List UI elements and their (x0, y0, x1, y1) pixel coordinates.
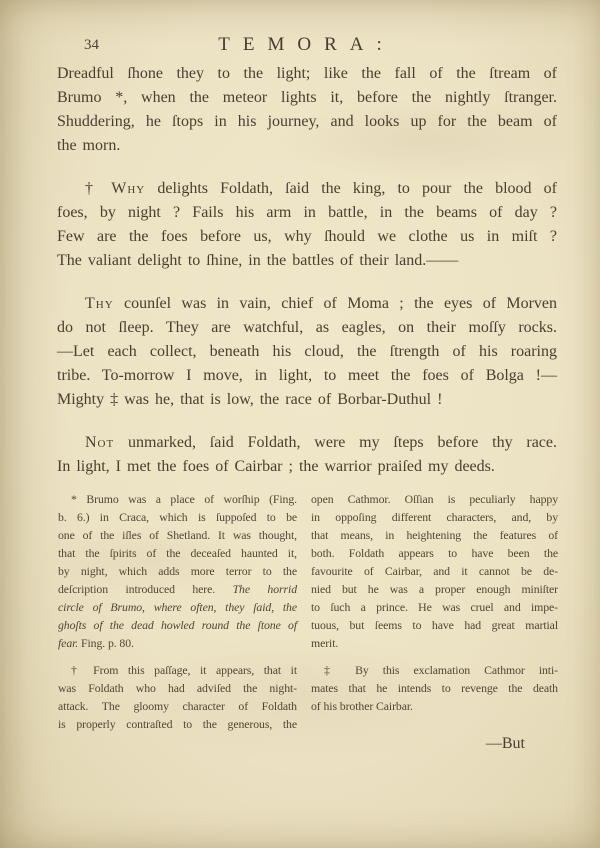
text-line: Dreadful ſhone they to the light; like t… (57, 62, 557, 86)
text-line: favourite of Cairbar, and it cannot be d… (311, 562, 558, 580)
paragraph-4: Not unmarked, ſaid Foldath, were my ſtep… (57, 431, 557, 479)
text-line: * Brumo was a place of worſhip (Fing. (58, 490, 297, 508)
book-page: 34 TEMORA: Dreadful ſhone they to the li… (0, 0, 600, 848)
footnote-dagger-continued: open Cathmor. Oſſian is peculiarly happy… (311, 490, 558, 652)
footnote-star: * Brumo was a place of worſhip (Fing.b. … (58, 490, 297, 652)
text-line: deſcription introduced here. The horrid (58, 580, 297, 598)
text-line: In light, I met the foes of Cairbar ; th… (57, 455, 557, 479)
text-line: tribe. To-morrow I move, in light, to me… (57, 364, 557, 388)
text-line: Not unmarked, ſaid Foldath, were my ſtep… (57, 431, 557, 455)
footnote-column-right: open Cathmor. Oſſian is peculiarly happy… (311, 490, 558, 742)
text-line: circle of Brumo, where often, they ſaid,… (58, 598, 297, 616)
text-line: that means, in heightening the features … (311, 526, 558, 544)
text-line: of his brother Cairbar. (311, 697, 558, 715)
paragraph-3: Thy counſel was in vain, chief of Moma ;… (57, 292, 557, 412)
text-line: by night, which adds more terror to the (58, 562, 297, 580)
text-line: nied but he was a proper enough miniſter (311, 580, 558, 598)
text-line: foes, by night ? Fails his arm in battle… (57, 201, 557, 225)
catchword: —But (486, 735, 525, 753)
footnote-double-dagger: ‡ By this exclamation Cathmor inti-mates… (311, 661, 558, 715)
footnote-column-left: * Brumo was a place of worſhip (Fing.b. … (58, 490, 297, 742)
text-line: † Why delights Foldath, ſaid the king, t… (57, 177, 557, 201)
text-line: both. Foldath appears to have been the (311, 544, 558, 562)
text-line: open Cathmor. Oſſian is peculiarly happy (311, 490, 558, 508)
footnotes: * Brumo was a place of worſhip (Fing.b. … (58, 490, 558, 742)
text-line: attack. The gloomy character of Foldath (58, 697, 297, 715)
paragraph-2: † Why delights Foldath, ſaid the king, t… (57, 177, 557, 273)
text-line: Mighty ‡ was he, that is low, the race o… (57, 388, 557, 412)
text-line: Few are the foes before us, why ſhould w… (57, 225, 557, 249)
text-line: that the ſpirits of the deceaſed haunted… (58, 544, 297, 562)
text-line: mates that he intends to revenge the dea… (311, 679, 558, 697)
text-line: merit. (311, 634, 558, 652)
text-line: —Let each collect, beneath his cloud, th… (57, 340, 557, 364)
text-line: Shuddering, he ſtops in his journey, and… (57, 110, 557, 134)
footnote-dagger: † From this paſſage, it appears, that it… (58, 661, 297, 733)
text-line: is properly contraſted to the generous, … (58, 715, 297, 733)
running-title: TEMORA: (0, 34, 600, 56)
text-line: in oppoſing different characters, and, b… (311, 508, 558, 526)
text-line: ghoſts of the dead howled round the ſton… (58, 616, 297, 634)
text-line: The valiant delight to ſhine, in the bat… (57, 249, 557, 273)
text-line: was Foldath who had adviſed the night- (58, 679, 297, 697)
text-line: the morn. (57, 134, 557, 158)
paragraph-1: Dreadful ſhone they to the light; like t… (57, 62, 557, 158)
text-line: Thy counſel was in vain, chief of Moma ;… (57, 292, 557, 316)
text-line: ‡ By this exclamation Cathmor inti- (311, 661, 558, 679)
text-line: fear. Fing. p. 80. (58, 634, 297, 652)
text-line: Brumo *, when the meteor lights it, befo… (57, 86, 557, 110)
text-line: † From this paſſage, it appears, that it (58, 661, 297, 679)
text-line: tuous, but ſeems to have had great marti… (311, 616, 558, 634)
text-line: do not ſleep. They are watchful, as eagl… (57, 316, 557, 340)
text-line: to ſuch a prince. He was cruel and impe- (311, 598, 558, 616)
main-text: Dreadful ſhone they to the light; like t… (57, 62, 557, 498)
text-line: b. 6.) in Craca, which is ſuppoſed to be (58, 508, 297, 526)
text-line: one of the iſles of Shetland. It was tho… (58, 526, 297, 544)
